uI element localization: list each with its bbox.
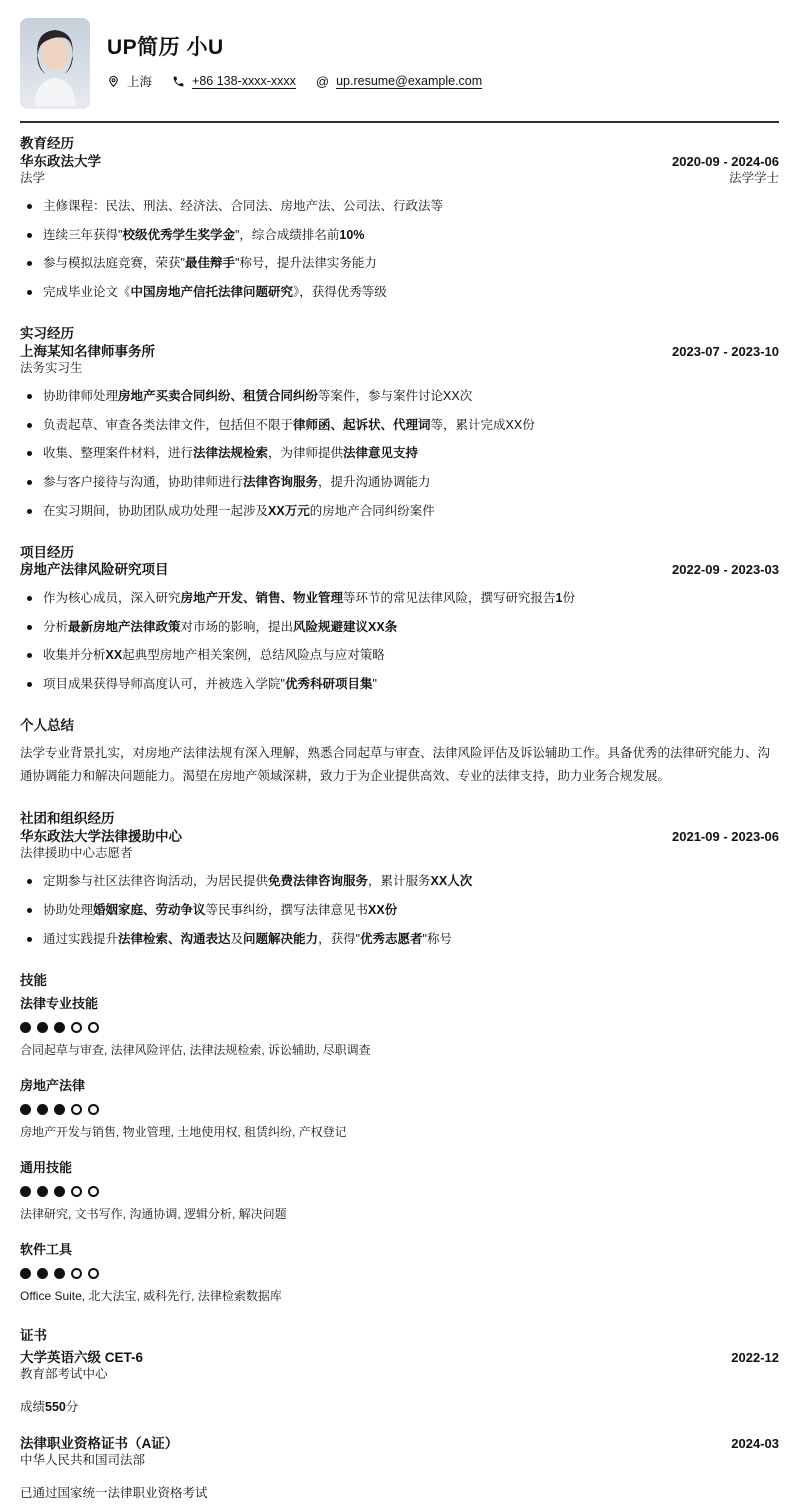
skill-group: 法律专业技能 合同起草与审查, 法律风险评估, 法律法规检索, 诉讼辅助, 尽职… — [20, 993, 779, 1058]
bullet-item: 参与模拟法庭竞赛，荣获"最佳辩手"称号，提升法律实务能力 — [20, 254, 779, 273]
project-name: 房地产法律风险研究项目 — [20, 561, 169, 579]
skill-group: 通用技能 法律研究, 文书写作, 沟通协调, 逻辑分析, 解决问题 — [20, 1157, 779, 1222]
skill-keywords: Office Suite, 北大法宝, 威科先行, 法律检索数据库 — [20, 1287, 779, 1304]
level-dot-filled — [37, 1186, 48, 1197]
level-dot-filled — [37, 1104, 48, 1115]
skill-level-dots — [20, 1268, 779, 1279]
company-name: 上海某知名律师事务所 — [20, 343, 155, 361]
section-internship: 实习经历 上海某知名律师事务所 2023-07 - 2023-10 法务实习生 … — [20, 325, 779, 521]
skill-name: 房地产法律 — [20, 1075, 779, 1094]
certificate-date: 2024-03 — [731, 1436, 779, 1451]
bullet-item: 协助处理婚姻家庭、劳动争议等民事纠纷，撰写法律意见书XX份 — [20, 901, 779, 920]
level-dot-filled — [54, 1104, 65, 1115]
bullet-item: 收集、整理案件材料，进行法律法规检索，为律师提供法律意见支持 — [20, 444, 779, 463]
skill-keywords: 法律研究, 文书写作, 沟通协调, 逻辑分析, 解决问题 — [20, 1205, 779, 1222]
section-skills: 技能 法律专业技能 合同起草与审查, 法律风险评估, 法律法规检索, 诉讼辅助,… — [20, 972, 779, 1305]
level-dot-empty — [88, 1186, 99, 1197]
skill-name: 法律专业技能 — [20, 993, 779, 1012]
candidate-name: UP简历 小U — [107, 31, 482, 61]
major: 法学 — [20, 170, 45, 187]
section-education: 教育经历 华东政法大学 2020-09 - 2024-06 法学 法学学士 主修… — [20, 135, 779, 302]
skill-name: 软件工具 — [20, 1239, 779, 1258]
summary-text: 法学专业背景扎实，对房地产法律法规有深入理解，熟悉合同起草与审查、法律风险评估及… — [20, 742, 779, 787]
bullet-item: 收集并分析XX起典型房地产相关案例，总结风险点与应对策略 — [20, 646, 779, 665]
resume-page: UP简历 小U 上海 +86 138-xxxx-xxxx @ — [0, 0, 799, 1509]
level-dot-empty — [71, 1104, 82, 1115]
level-dot-filled — [54, 1186, 65, 1197]
section-organizations: 社团和组织经历 华东政法大学法律援助中心 2021-09 - 2023-06 法… — [20, 810, 779, 948]
profile-photo-placeholder — [20, 18, 90, 109]
profile-photo — [20, 18, 90, 109]
phone-link[interactable]: +86 138-xxxx-xxxx — [192, 74, 296, 88]
bullet-item: 通过实践提升法律检索、沟通表达及问题解决能力，获得"优秀志愿者"称号 — [20, 930, 779, 949]
at-icon: @ — [316, 74, 329, 89]
level-dot-filled — [54, 1268, 65, 1279]
certificate-issuer: 教育部考试中心 — [20, 1366, 779, 1384]
section-title: 教育经历 — [20, 135, 779, 153]
section-title: 个人总结 — [20, 717, 779, 735]
level-dot-filled — [37, 1022, 48, 1033]
internship-role: 法务实习生 — [20, 360, 83, 377]
section-project: 项目经历 房地产法律风险研究项目 2022-09 - 2023-03 作为核心成… — [20, 544, 779, 694]
organization-date: 2021-09 - 2023-06 — [672, 829, 779, 844]
section-title: 技能 — [20, 972, 779, 990]
bullet-item: 在实习期间，协助团队成功处理一起涉及XX万元的房地产合同纠纷案件 — [20, 502, 779, 521]
organization-name: 华东政法大学法律援助中心 — [20, 828, 182, 846]
degree: 法学学士 — [729, 170, 779, 187]
certificate-item: 大学英语六级 CET-6 2022-12 教育部考试中心 成绩550分 — [20, 1349, 779, 1415]
location-text: 上海 — [127, 72, 152, 90]
certificate-name: 大学英语六级 CET-6 — [20, 1349, 143, 1367]
bullet-item: 定期参与社区法律咨询活动，为居民提供免费法律咨询服务，累计服务XX人次 — [20, 872, 779, 891]
header: UP简历 小U 上海 +86 138-xxxx-xxxx @ — [20, 18, 779, 109]
skill-name: 通用技能 — [20, 1157, 779, 1176]
organization-role: 法律援助中心志愿者 — [20, 845, 133, 862]
level-dot-filled — [20, 1022, 31, 1033]
section-title: 证书 — [20, 1327, 779, 1345]
bullet-item: 完成毕业论文《中国房地产信托法律问题研究》，获得优秀等级 — [20, 283, 779, 302]
organization-bullets: 定期参与社区法律咨询活动，为居民提供免费法律咨询服务，累计服务XX人次 协助处理… — [20, 872, 779, 948]
project-date: 2022-09 - 2023-03 — [672, 562, 779, 577]
level-dot-filled — [54, 1022, 65, 1033]
header-divider — [20, 121, 779, 123]
level-dot-empty — [71, 1186, 82, 1197]
section-title: 实习经历 — [20, 325, 779, 343]
level-dot-empty — [88, 1022, 99, 1033]
level-dot-filled — [20, 1186, 31, 1197]
skill-group: 房地产法律 房地产开发与销售, 物业管理, 土地使用权, 租赁纠纷, 产权登记 — [20, 1075, 779, 1140]
education-date: 2020-09 - 2024-06 — [672, 154, 779, 169]
section-title: 项目经历 — [20, 544, 779, 562]
bullet-item: 连续三年获得"校级优秀学生奖学金"，综合成绩排名前10% — [20, 226, 779, 245]
skill-group: 软件工具 Office Suite, 北大法宝, 威科先行, 法律检索数据库 — [20, 1239, 779, 1304]
bullet-item: 参与客户接待与沟通，协助律师进行法律咨询服务，提升沟通协调能力 — [20, 473, 779, 492]
bullet-item: 负责起草、审查各类法律文件，包括但不限于律师函、起诉状、代理词等，累计完成XX份 — [20, 416, 779, 435]
certificate-name: 法律职业资格证书（A证） — [20, 1435, 178, 1453]
bullet-item: 主修课程：民法、刑法、经济法、合同法、房地产法、公司法、行政法等 — [20, 197, 779, 216]
level-dot-empty — [88, 1104, 99, 1115]
level-dot-filled — [37, 1268, 48, 1279]
internship-date: 2023-07 - 2023-10 — [672, 344, 779, 359]
bullet-item: 作为核心成员，深入研究房地产开发、销售、物业管理等环节的常见法律风险，撰写研究报… — [20, 589, 779, 608]
phone-icon — [172, 75, 185, 88]
certificate-issuer: 中华人民共和国司法部 — [20, 1452, 779, 1470]
level-dot-empty — [88, 1268, 99, 1279]
project-bullets: 作为核心成员，深入研究房地产开发、销售、物业管理等环节的常见法律风险，撰写研究报… — [20, 589, 779, 694]
skill-keywords: 合同起草与审查, 法律风险评估, 法律法规检索, 诉讼辅助, 尽职调查 — [20, 1041, 779, 1058]
certificate-date: 2022-12 — [731, 1350, 779, 1365]
skill-level-dots — [20, 1022, 779, 1033]
level-dot-empty — [71, 1022, 82, 1033]
school-name: 华东政法大学 — [20, 153, 101, 171]
level-dot-filled — [20, 1268, 31, 1279]
section-summary: 个人总结 法学专业背景扎实，对房地产法律法规有深入理解，熟悉合同起草与审查、法律… — [20, 717, 779, 788]
email-link[interactable]: up.resume@example.com — [336, 74, 482, 88]
level-dot-empty — [71, 1268, 82, 1279]
certificate-item: 法律职业资格证书（A证） 2024-03 中华人民共和国司法部 已通过国家统一法… — [20, 1435, 779, 1501]
skill-level-dots — [20, 1104, 779, 1115]
certificate-note: 已通过国家统一法律职业资格考试 — [20, 1483, 779, 1501]
location-pin-icon — [107, 75, 120, 88]
header-text: UP简历 小U 上海 +86 138-xxxx-xxxx @ — [107, 18, 482, 90]
certificate-note: 成绩550分 — [20, 1397, 779, 1415]
section-certificates: 证书 大学英语六级 CET-6 2022-12 教育部考试中心 成绩550分 法… — [20, 1327, 779, 1501]
bullet-item: 分析最新房地产法律政策对市场的影响，提出风险规避建议XX条 — [20, 618, 779, 637]
bullet-item: 协助律师处理房地产买卖合同纠纷、租赁合同纠纷等案件，参与案件讨论XX次 — [20, 387, 779, 406]
bullet-item: 项目成果获得导师高度认可，并被选入学院"优秀科研项目集" — [20, 675, 779, 694]
skill-keywords: 房地产开发与销售, 物业管理, 土地使用权, 租赁纠纷, 产权登记 — [20, 1123, 779, 1140]
contact-row: 上海 +86 138-xxxx-xxxx @ up.resume@example… — [107, 72, 482, 90]
level-dot-filled — [20, 1104, 31, 1115]
education-bullets: 主修课程：民法、刑法、经济法、合同法、房地产法、公司法、行政法等 连续三年获得"… — [20, 197, 779, 302]
internship-bullets: 协助律师处理房地产买卖合同纠纷、租赁合同纠纷等案件，参与案件讨论XX次 负责起草… — [20, 387, 779, 521]
section-title: 社团和组织经历 — [20, 810, 779, 828]
skill-level-dots — [20, 1186, 779, 1197]
